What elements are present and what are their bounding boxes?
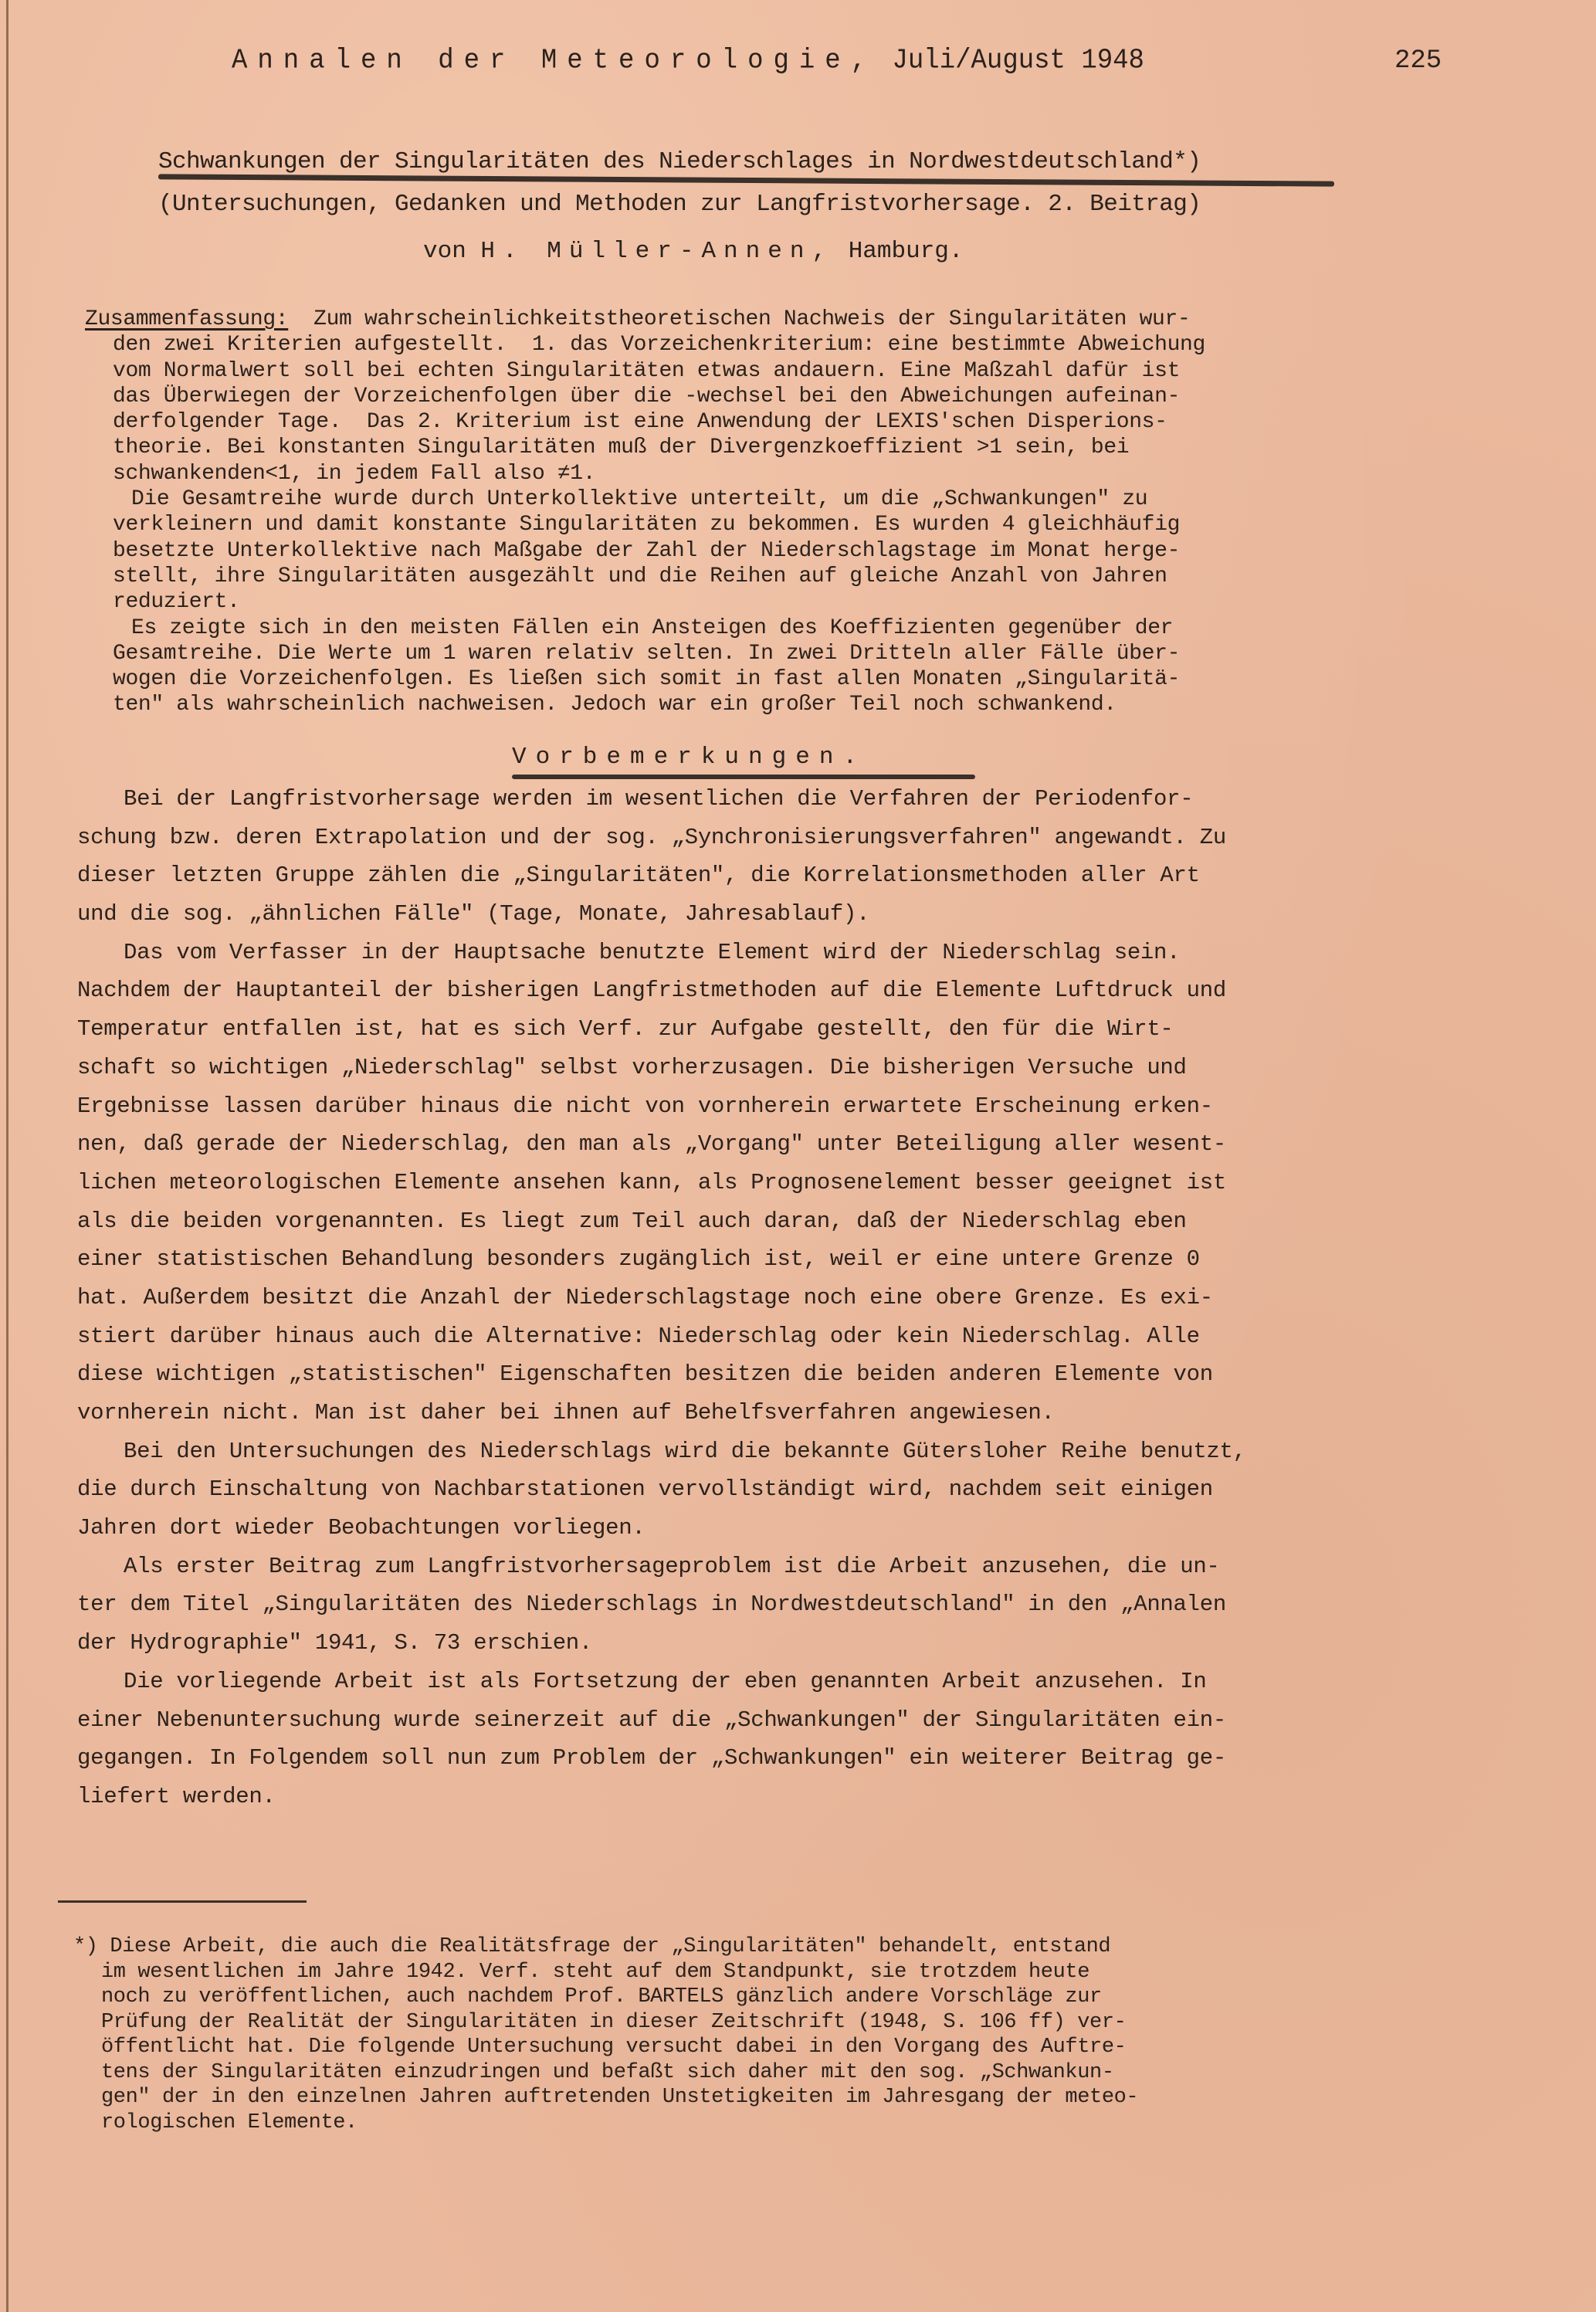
summary-line: Die Gesamtreihe wurde durch Unterkollekt… (85, 486, 1475, 512)
body-line: diese wichtigen „statistischen" Eigensch… (77, 1355, 1506, 1394)
footnote-line: Prüfung der Realität der Singularitäten … (73, 2010, 1463, 2036)
footnote: *) Diese Arbeit, die auch die Realitätsf… (73, 1934, 1463, 2135)
summary-block: Zusammenfassung: Zum wahrscheinlichkeits… (85, 307, 1475, 718)
author-place: Hamburg. (849, 238, 964, 265)
running-header: Annalen der Meteorologie, Juli/August 19… (232, 46, 1144, 76)
summary-line: Gesamtreihe. Die Werte um 1 waren relati… (85, 641, 1475, 666)
summary-line: Zusammenfassung: Zum wahrscheinlichkeits… (85, 307, 1475, 332)
body-line: Bei der Langfristvorhersage werden im we… (77, 780, 1506, 819)
body-line: Temperatur entfallen ist, hat es sich Ve… (77, 1010, 1506, 1049)
summary-line: ten" als wahrscheinlich nachweisen. Jedo… (85, 692, 1475, 717)
body-line: schung bzw. deren Extrapolation und der … (77, 819, 1506, 857)
author-name: H. Müller-Annen, (480, 238, 834, 265)
body-line: dieser letzten Gruppe zählen die „Singul… (77, 856, 1506, 895)
summary-line: stellt, ihre Singularitäten ausgezählt u… (85, 564, 1475, 589)
summary-label: Zusammenfassung: (85, 307, 288, 331)
footnote-line: *) Diese Arbeit, die auch die Realitätsf… (73, 1934, 1463, 1960)
section-heading: Vorbemerkungen. (512, 744, 866, 771)
body-line: Ergebnisse lassen darüber hinaus die nic… (77, 1087, 1506, 1126)
summary-line: derfolgender Tage. Das 2. Kriterium ist … (85, 409, 1475, 435)
footnote-line: gen" der in den einzelnen Jahren auftret… (73, 2085, 1463, 2110)
summary-line: vom Normalwert soll bei echten Singulari… (85, 358, 1475, 384)
body-line: Jahren dort wieder Beobachtungen vorlieg… (77, 1509, 1506, 1548)
article-subtitle: (Untersuchungen, Gedanken und Methoden z… (158, 191, 1201, 218)
summary-line: schwankenden<1, in jedem Fall also ≠1. (85, 461, 1475, 486)
body-line: Bei den Untersuchungen des Niederschlags… (77, 1432, 1506, 1471)
footnote-line: noch zu veröffentlichen, auch nachdem Pr… (73, 1985, 1463, 2010)
body-line: Als erster Beitrag zum Langfristvorhersa… (77, 1548, 1506, 1586)
summary-line: wogen die Vorzeichenfolgen. Es ließen si… (85, 666, 1475, 692)
body-line: und die sog. „ähnlichen Fälle" (Tage, Mo… (77, 895, 1506, 934)
body-line: stiert darüber hinaus auch die Alternati… (77, 1317, 1506, 1356)
journal-name: Annalen der Meteorologie, (232, 46, 876, 76)
summary-line: das Überwiegen der Vorzeichenfolgen über… (85, 384, 1475, 409)
author-line: von H. Müller-Annen, Hamburg. (423, 238, 964, 265)
body-line: einer Nebenuntersuchung wurde seinerzeit… (77, 1701, 1506, 1740)
body-line: der Hydrographie" 1941, S. 73 erschien. (77, 1624, 1506, 1663)
body-line: vornherein nicht. Man ist daher bei ihne… (77, 1394, 1506, 1432)
body-line: lichen meteorologischen Elemente ansehen… (77, 1164, 1506, 1202)
summary-line: verkleinern und damit konstante Singular… (85, 512, 1475, 537)
body-line: Das vom Verfasser in der Hauptsache benu… (77, 934, 1506, 972)
issue-date: Juli/August 1948 (893, 46, 1144, 76)
body-line: Nachdem der Hauptanteil der bisherigen L… (77, 971, 1506, 1010)
body-line: liefert werden. (77, 1778, 1506, 1816)
body-line: schaft so wichtigen „Niederschlag" selbs… (77, 1049, 1506, 1087)
summary-line: Es zeigte sich in den meisten Fällen ein… (85, 615, 1475, 641)
body-line: Die vorliegende Arbeit ist als Fortsetzu… (77, 1663, 1506, 1701)
body-line: hat. Außerdem besitzt die Anzahl der Nie… (77, 1279, 1506, 1317)
footnote-line: tens der Singularitäten einzudringen und… (73, 2060, 1463, 2086)
article-title: Schwankungen der Singularitäten des Nied… (158, 148, 1201, 175)
footnote-separator (58, 1900, 307, 1903)
summary-line: reduziert. (85, 589, 1475, 615)
section-heading-underline (512, 775, 975, 779)
body-line: die durch Einschaltung von Nachbarstatio… (77, 1470, 1506, 1509)
summary-line: besetzte Unterkollektive nach Maßgabe de… (85, 538, 1475, 564)
page-number: 225 (1394, 46, 1442, 76)
title-underline (158, 174, 1334, 186)
summary-line: theorie. Bei konstanten Singularitäten m… (85, 435, 1475, 460)
summary-line: den zwei Kriterien aufgestellt. 1. das V… (85, 332, 1475, 358)
author-prefix: von (423, 238, 466, 265)
body-line: ter dem Titel „Singularitäten des Nieder… (77, 1585, 1506, 1624)
footnote-line: öffentlicht hat. Die folgende Untersuchu… (73, 2035, 1463, 2060)
page-binding-edge (6, 0, 8, 2312)
body-line: gegangen. In Folgendem soll nun zum Prob… (77, 1739, 1506, 1778)
body-text: Bei der Langfristvorhersage werden im we… (77, 780, 1506, 1816)
body-line: einer statistischen Behandlung besonders… (77, 1240, 1506, 1279)
body-line: nen, daß gerade der Niederschlag, den ma… (77, 1125, 1506, 1164)
footnote-line: rologischen Elemente. (73, 2110, 1463, 2136)
footnote-line: im wesentlichen im Jahre 1942. Verf. ste… (73, 1960, 1463, 1985)
body-line: als die beiden vorgenannten. Es liegt zu… (77, 1202, 1506, 1241)
